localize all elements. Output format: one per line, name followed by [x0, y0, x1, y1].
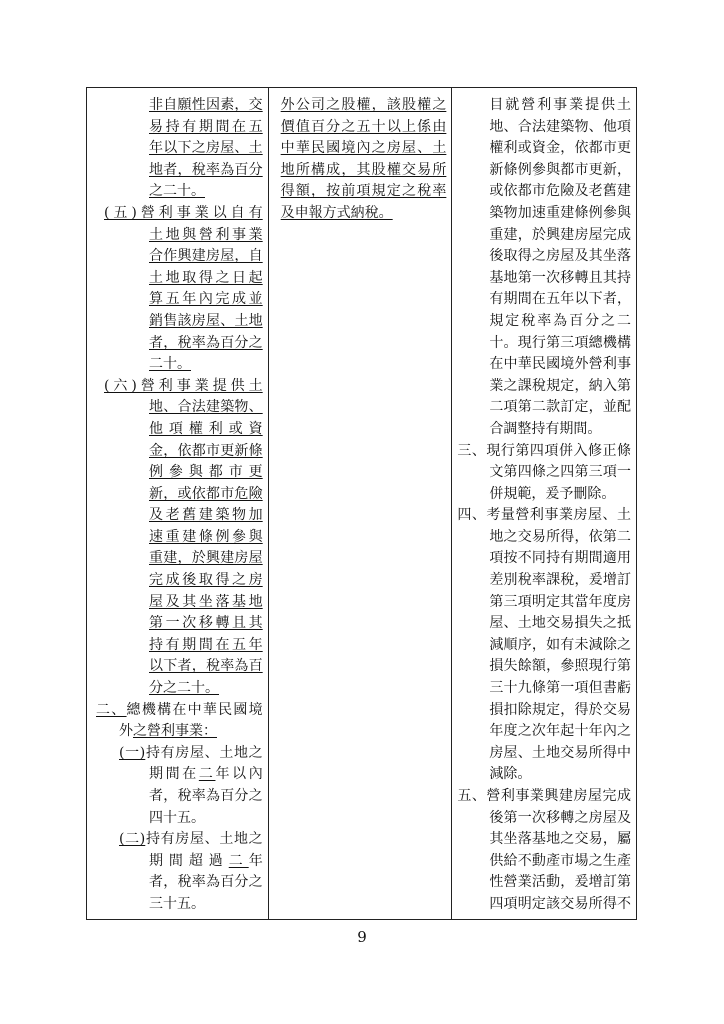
text-line: 者，稅率為百分之	[149, 872, 263, 894]
text-line: 合調整持有期間。	[489, 419, 631, 441]
text-segment: 損扣除規定，得於交易	[489, 702, 631, 718]
text-line: 他項權利或資	[149, 419, 263, 441]
text-segment: 重建，於興建房屋完成	[489, 227, 631, 243]
text-line: 易持有期間在五	[149, 117, 263, 139]
text-line: 期間超過二年	[149, 851, 263, 873]
text-line: 減除。	[489, 764, 631, 786]
text-line: 年以下之房屋、土	[149, 138, 263, 160]
text-segment: 年度之次年起十年內之	[489, 723, 631, 739]
underlined-text-segment: 地所構成，其股權交易所	[281, 162, 447, 178]
underlined-text-segment: 及老舊建築物加	[149, 507, 263, 523]
text-segment: 目就營利事業提供土	[489, 97, 631, 113]
text-line: 新條例參與都市更新，	[489, 160, 631, 182]
text-line: 及老舊建築物加	[149, 505, 263, 527]
text-segment: 五、營利事業興建房屋完成	[457, 788, 631, 804]
text-line: 二項第二款訂定，並配	[489, 397, 631, 419]
underlined-text-segment: 地、合法建築物、	[149, 399, 263, 415]
text-line: 二、總機構在中華民國境	[96, 700, 263, 722]
text-line: 年度之次年起十年內之	[489, 721, 631, 743]
underlined-text-segment: 屋及其坐落基地	[149, 594, 263, 610]
text-line: 後取得之房屋及其坐落	[489, 246, 631, 268]
text-line: 金，依都市更新條	[149, 441, 263, 463]
text-line: 其坐落基地之交易，屬	[489, 829, 631, 851]
text-line: 或依都市危險及老舊建	[489, 181, 631, 203]
text-line: (六)營利事業提供土	[104, 376, 263, 398]
text-segment: 性營業活動，爰增訂第	[489, 874, 631, 890]
underlined-text-segment: 持有期間在五年	[149, 637, 263, 653]
text-segment: 文第四條之四第三項一	[489, 464, 631, 480]
text-segment: 減除。	[489, 766, 531, 782]
underlined-text-segment: 得額，按前項規定之稅率	[281, 183, 447, 199]
text-segment: 年以內	[215, 766, 262, 782]
underlined-text-segment: 銷售該房屋、土地	[149, 313, 263, 329]
underlined-text-segment: 第一次移轉且其	[149, 615, 263, 631]
text-line: 之二十。	[149, 181, 263, 203]
underlined-text-segment: 土地與營利事業	[149, 227, 263, 243]
text-line: 地者，稅率為百分	[149, 160, 263, 182]
text-line: 在中華民國境外營利事	[489, 354, 631, 376]
text-segment: 減順序，如有未減除之	[489, 637, 631, 653]
text-line: 分之二十。	[149, 678, 263, 700]
text-segment: 期間超過	[149, 853, 229, 869]
text-line: 新，或依都市危險	[149, 484, 263, 506]
underlined-text-segment: (二)	[119, 831, 145, 847]
text-line: 合作興建房屋，自	[149, 246, 263, 268]
text-line: 地、合法建築物、他項	[489, 117, 631, 139]
text-line: 屋及其坐落基地	[149, 592, 263, 614]
underlined-text-segment: 以下者，稅率為百	[149, 658, 263, 674]
text-segment: 四十五。	[149, 810, 205, 826]
comparison-table: 非自願性因素，交易持有期間在五年以下之房屋、土地者，稅率為百分之二十。(五)營利…	[86, 87, 637, 920]
text-line: 土地取得之日起	[149, 268, 263, 290]
text-segment: 三十五。	[149, 896, 205, 912]
underlined-text-segment: 年以下之房屋、土	[149, 140, 263, 156]
underlined-text-segment: 重建，於興建房屋	[149, 550, 263, 566]
underlined-text-segment: 二	[199, 766, 216, 782]
underlined-text-segment: 中華民國境內之房屋、土	[281, 140, 447, 156]
text-segment: 者，稅率為百分之	[149, 788, 263, 804]
text-segment: 地之交易所得，依第二	[489, 529, 631, 545]
text-segment: 規定稅率為百分之二	[489, 313, 631, 329]
text-segment: 三、現行第四項併入修正條	[457, 443, 631, 459]
underlined-text-segment: 例參與都市更	[149, 464, 263, 480]
text-line: 併規範，爰予刪除。	[489, 484, 631, 506]
text-line: 屋、土地交易損失之抵	[489, 613, 631, 635]
text-segment: 基地第一次移轉且其持	[489, 270, 631, 286]
underlined-text-segment: 金，依都市更新條	[149, 443, 263, 459]
text-line: 者，稅率為百分之	[149, 786, 263, 808]
text-line: 三十九條第一項但書虧	[489, 678, 631, 700]
text-line: 損扣除規定，得於交易	[489, 700, 631, 722]
text-line: 減順序，如有未減除之	[489, 635, 631, 657]
text-line: 中華民國境內之房屋、土	[281, 138, 447, 160]
text-segment: 後第一次移轉之房屋及	[489, 810, 631, 826]
text-line: 價值百分之五十以上係由	[281, 117, 447, 139]
text-segment: 項按不同持有期間適用	[489, 550, 631, 566]
text-line: 後第一次移轉之房屋及	[489, 808, 631, 830]
underlined-text-segment: 算五年內完成並	[149, 291, 263, 307]
column-current-text: 外公司之股權，該股權之價值百分之五十以上係由中華民國境內之房屋、土地所構成，其股…	[269, 88, 453, 919]
text-line: 得額，按前項規定之稅率	[281, 181, 447, 203]
text-line: 項按不同持有期間適用	[489, 548, 631, 570]
text-segment: 築物加速重建條例參與	[489, 205, 631, 221]
text-line: 四項明定該交易所得不	[489, 894, 631, 916]
text-segment: 併規範，爰予刪除。	[489, 486, 615, 502]
text-line: 三、現行第四項併入修正條	[457, 441, 631, 463]
text-line: 重建，於興建房屋	[149, 548, 263, 570]
text-line: 完成後取得之房	[149, 570, 263, 592]
text-segment: 差別稅率課稅，爰增訂	[489, 572, 631, 588]
underlined-text-segment: (五)營利事業以自有	[104, 205, 263, 221]
text-segment: 第三項明定其當年度房	[489, 594, 631, 610]
text-line: 地、合法建築物、	[149, 397, 263, 419]
text-segment: 業之課稅規定，納入第	[489, 378, 631, 394]
text-line: 算五年內完成並	[149, 289, 263, 311]
underlined-text-segment: 二	[229, 853, 249, 869]
underlined-text-segment: 之營利事業：	[133, 723, 217, 739]
text-line: 十。現行第三項總機構	[489, 333, 631, 355]
underlined-text-segment: 及申報方式納稅。	[281, 205, 393, 221]
text-segment: 地、合法建築物、他項	[489, 119, 631, 135]
text-line: 四十五。	[149, 808, 263, 830]
text-segment: 屋、土地交易損失之抵	[489, 615, 631, 631]
text-line: 持有期間在五年	[149, 635, 263, 657]
underlined-text-segment: (六)營利事業提供土	[104, 378, 263, 394]
underlined-text-segment: (一)	[119, 745, 145, 761]
text-segment: 在中華民國境外營利事	[489, 356, 631, 372]
text-line: 五、營利事業興建房屋完成	[457, 786, 631, 808]
text-line: 二十。	[149, 354, 263, 376]
underlined-text-segment: 合作興建房屋，自	[149, 248, 263, 264]
underlined-text-segment: 之二十。	[149, 183, 205, 199]
column-explanation: 目就營利事業提供土地、合法建築物、他項權利或資金，依都市更新條例參與都市更新，或…	[452, 88, 636, 919]
text-line: 例參與都市更	[149, 462, 263, 484]
text-line: 業之課稅規定，納入第	[489, 376, 631, 398]
page-number: 9	[0, 928, 724, 946]
text-line: 外之營利事業：	[119, 721, 263, 743]
text-line: 基地第一次移轉且其持	[489, 268, 631, 290]
text-line: 差別稅率課稅，爰增訂	[489, 570, 631, 592]
text-line: 土地與營利事業	[149, 225, 263, 247]
underlined-text-segment: 價值百分之五十以上係由	[281, 119, 447, 135]
text-line: 築物加速重建條例參與	[489, 203, 631, 225]
underlined-text-segment: 二、	[96, 702, 127, 718]
text-segment: 其坐落基地之交易，屬	[489, 831, 631, 847]
text-line: 房屋、土地交易所得中	[489, 743, 631, 765]
underlined-text-segment: 分之二十。	[149, 680, 219, 696]
underlined-text-segment: 土地取得之日起	[149, 270, 263, 286]
text-line: 權利或資金，依都市更	[489, 138, 631, 160]
text-segment: 三十九條第一項但書虧	[489, 680, 631, 696]
text-line: 重建，於興建房屋完成	[489, 225, 631, 247]
underlined-text-segment: 非自願性因素，交	[149, 97, 263, 113]
text-line: (五)營利事業以自有	[104, 203, 263, 225]
text-line: 三十五。	[149, 894, 263, 916]
text-line: 及申報方式納稅。	[281, 203, 447, 225]
text-line: 損失餘額，參照現行第	[489, 656, 631, 678]
underlined-text-segment: 二十。	[149, 356, 191, 372]
underlined-text-segment: 新，或依都市危險	[149, 486, 263, 502]
text-segment: 合調整持有期間。	[489, 421, 601, 437]
text-line: 第三項明定其當年度房	[489, 592, 631, 614]
text-line: 目就營利事業提供土	[489, 95, 631, 117]
text-segment: 損失餘額，參照現行第	[489, 658, 631, 674]
text-segment: 十。現行第三項總機構	[489, 335, 631, 351]
text-segment: 四、考量營利事業房屋、土	[457, 507, 631, 523]
text-segment: 新條例參與都市更新，	[489, 162, 631, 178]
text-segment: 期間在	[149, 766, 199, 782]
underlined-text-segment: 速重建條例參與	[149, 529, 263, 545]
text-line: 者，稅率為百分之	[149, 333, 263, 355]
underlined-text-segment: 外公司之股權，該股權之	[281, 97, 447, 113]
document-page: 非自願性因素，交易持有期間在五年以下之房屋、土地者，稅率為百分之二十。(五)營利…	[0, 0, 724, 1024]
text-segment: 有期間在五年以下者，	[489, 291, 631, 307]
text-line: 地之交易所得，依第二	[489, 527, 631, 549]
text-segment: 後取得之房屋及其坐落	[489, 248, 631, 264]
text-line: 性營業活動，爰增訂第	[489, 872, 631, 894]
text-line: 供給不動產市場之生產	[489, 851, 631, 873]
text-segment: 四項明定該交易所得不	[489, 896, 631, 912]
text-segment: 年	[249, 853, 263, 869]
text-segment: 總機構在中華民國境	[127, 702, 263, 718]
underlined-text-segment: 地者，稅率為百分	[149, 162, 263, 178]
text-line: 規定稅率為百分之二	[489, 311, 631, 333]
text-line: 速重建條例參與	[149, 527, 263, 549]
text-segment: 者，稅率為百分之	[149, 874, 263, 890]
underlined-text-segment: 他項權利或資	[149, 421, 263, 437]
column-amended-text: 非自願性因素，交易持有期間在五年以下之房屋、土地者，稅率為百分之二十。(五)營利…	[87, 88, 269, 919]
text-line: 外公司之股權，該股權之	[281, 95, 447, 117]
text-segment: 或依都市危險及老舊建	[489, 183, 631, 199]
text-line: 地所構成，其股權交易所	[281, 160, 447, 182]
text-line: 四、考量營利事業房屋、土	[457, 505, 631, 527]
text-line: (一)持有房屋、土地之	[119, 743, 263, 765]
text-line: (二)持有房屋、土地之	[119, 829, 263, 851]
text-segment: 二項第二款訂定，並配	[489, 399, 631, 415]
text-segment: 持有房屋、土地之	[145, 831, 262, 847]
underlined-text-segment: 易持有期間在五	[149, 119, 263, 135]
text-line: 期間在二年以內	[149, 764, 263, 786]
underlined-text-segment: 者，稅率為百分之	[149, 335, 263, 351]
text-segment: 供給不動產市場之生產	[489, 853, 631, 869]
underlined-text-segment: 完成後取得之房	[149, 572, 263, 588]
text-segment: 權利或資金，依都市更	[489, 140, 631, 156]
text-line: 文第四條之四第三項一	[489, 462, 631, 484]
text-segment: 外	[119, 723, 133, 739]
text-segment: 房屋、土地交易所得中	[489, 745, 631, 761]
text-segment: 持有房屋、土地之	[145, 745, 262, 761]
text-line: 第一次移轉且其	[149, 613, 263, 635]
text-line: 銷售該房屋、土地	[149, 311, 263, 333]
text-line: 非自願性因素，交	[149, 95, 263, 117]
text-line: 以下者，稅率為百	[149, 656, 263, 678]
text-line: 有期間在五年以下者，	[489, 289, 631, 311]
